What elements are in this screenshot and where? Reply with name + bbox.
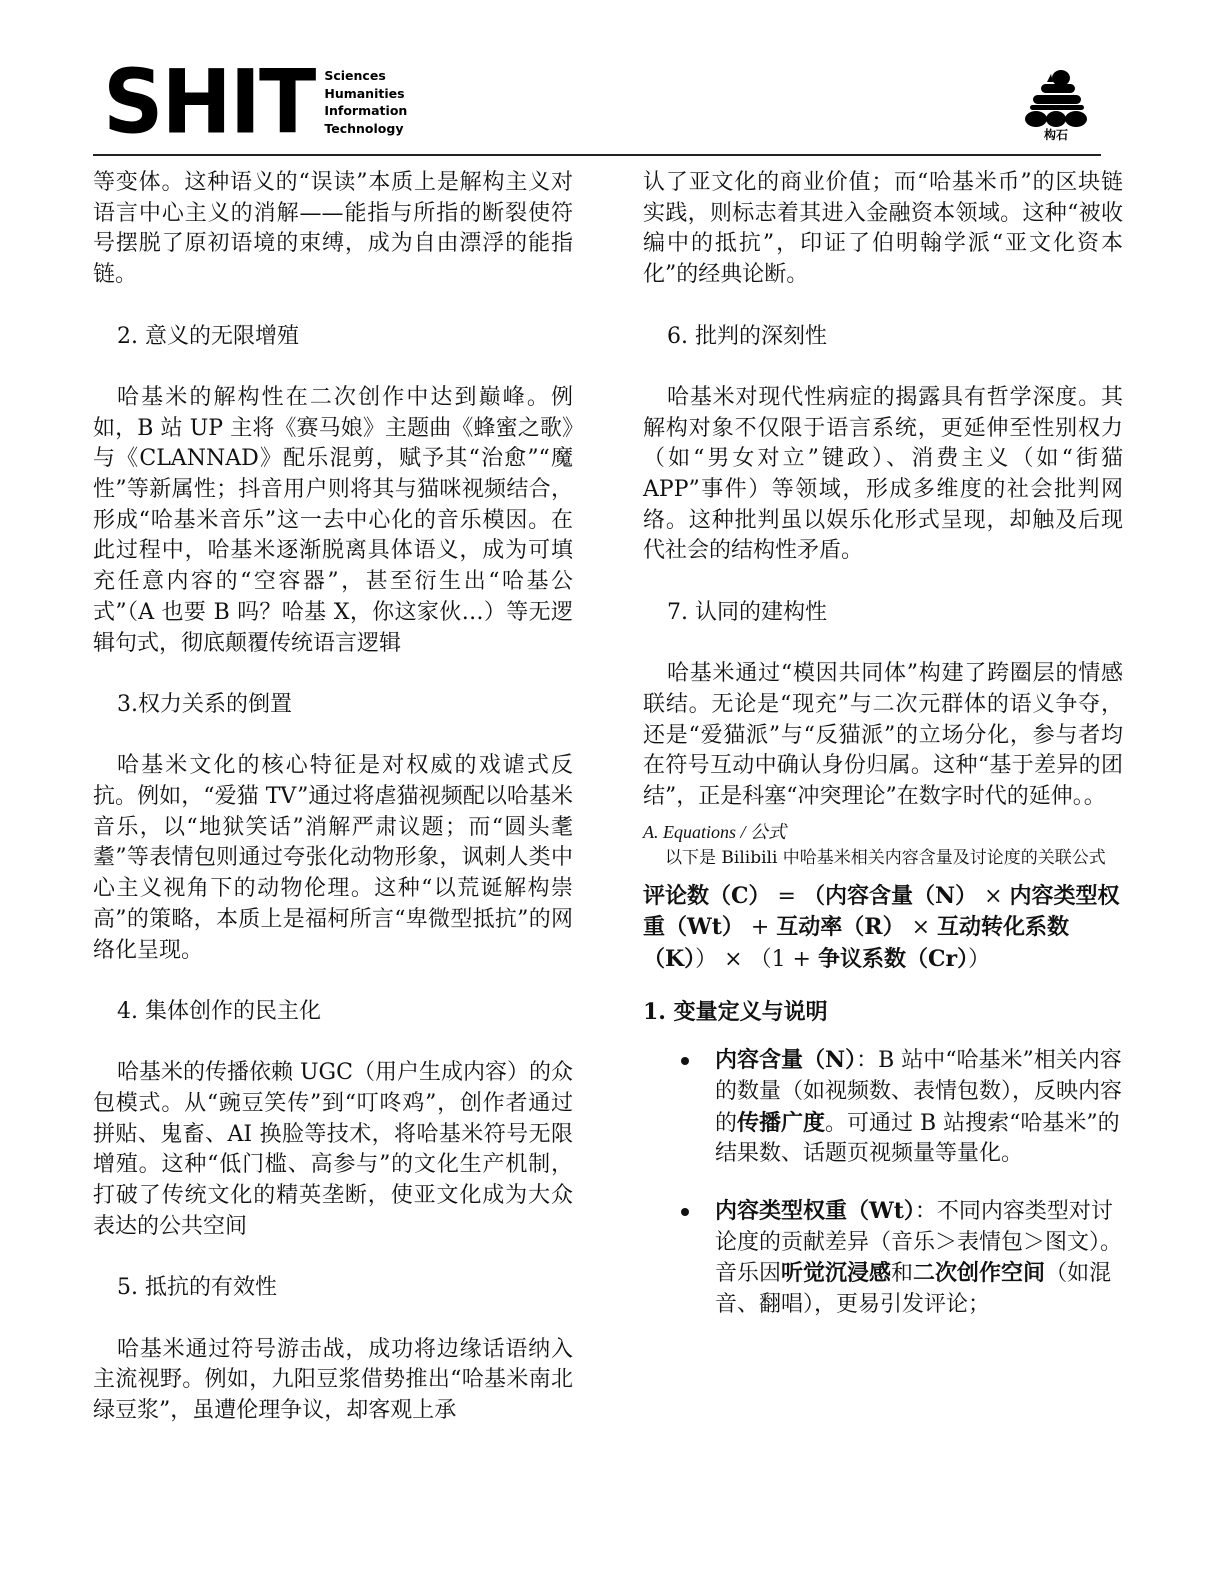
formula-equals: = [771,884,803,909]
formula-plus: + [744,915,776,940]
variable-term: 内容含量（N） [715,1047,856,1073]
logo-subtitle: Sciences Humanities Information Technolo… [324,67,407,137]
equations-intro: 以下是 Bilibili 中哈基米相关内容含量及讨论度的关联公式 [643,845,1123,871]
section-heading-7: 7. 认同的建构性 [643,598,1123,629]
variable-emphasis: 传播广度 [737,1110,825,1136]
right-column: 认了亚文化的商业价值；而“哈基米币”的区块链实践，则标志着其进入金融资本领域。这… [643,168,1123,1347]
paragraph-section-3: 哈基米文化的核心特征是对权威的戏谑式反抗。例如，“爱猫 TV”通过将虐猫视频配以… [93,751,573,966]
paragraph-section-2: 哈基米的解构性在二次创作中达到巅峰。例如，B 站 UP 主将《赛马娘》主题曲《蜂… [93,383,573,659]
logo-line-information: Information [324,102,407,120]
formula-lhs: 评论数（C） [643,883,771,909]
formula-times: × [905,915,937,940]
formula-term-n: 内容含量（N） [825,883,977,909]
variables-heading: 1. 变量定义与说明 [643,997,1123,1027]
logo-line-technology: Technology [324,120,407,138]
paragraph-section-4: 哈基米的传播依赖 UGC（用户生成内容）的众包模式。从“豌豆笑传”到“叮咚鸡”，… [93,1058,573,1242]
section-heading-5: 5. 抵抗的有效性 [93,1273,573,1304]
logo-wordmark: SHIT [103,58,314,146]
variable-emphasis: 二次创作空间 [913,1260,1045,1286]
emblem-label: 构石 [1019,126,1093,143]
paragraph-continuation-right: 认了亚文化的商业价值；而“哈基米币”的区块链实践，则标志着其进入金融资本领域。这… [643,168,1123,291]
left-column: 等变体。这种语义的“误读”本质上是解构主义对语言中心主义的消解——能指与所指的断… [93,168,573,1427]
comment-count-formula: 评论数（C） = （内容含量（N） × 内容类型权重（Wt） + 互动率（R） … [643,881,1123,976]
formula-close-paren: ） [968,947,990,972]
paragraph-section-5: 哈基米通过符号游击战，成功将边缘话语纳入主流视野。例如，九阳豆浆借势推出“哈基米… [93,1335,573,1427]
formula-close-paren: ） [695,947,717,972]
formula-times: × [977,884,1009,909]
journal-logo: SHIT Sciences Humanities Information Tec… [103,60,407,144]
list-item: 内容含量（N）：B 站中“哈基米”相关内容的数量（如视频数、表情包数），反映内容… [643,1045,1123,1170]
formula-term-cr: 争议系数（Cr） [818,946,968,972]
variable-text: 和 [891,1261,913,1286]
paragraph-continuation: 等变体。这种语义的“误读”本质上是解构主义对语言中心主义的消解——能指与所指的断… [93,168,573,291]
variable-list: 内容含量（N）：B 站中“哈基米”相关内容的数量（如视频数、表情包数），反映内容… [643,1045,1123,1321]
formula-times: × [717,947,749,972]
stone-pile-emblem: 构石 [1019,68,1093,148]
list-item: 内容类型权重（Wt）：不同内容类型对讨论度的贡献差异（音乐＞表情包＞图文）。音乐… [643,1196,1123,1321]
formula-one-plus: （1 + [750,947,818,972]
paragraph-section-7: 哈基米通过“模因共同体”构建了跨圈层的情感联结。无论是“现充”与二次元群体的语义… [643,659,1123,813]
section-heading-2: 2. 意义的无限增殖 [93,322,573,353]
page-header: SHIT Sciences Humanities Information Tec… [93,60,1103,155]
section-heading-4: 4. 集体创作的民主化 [93,997,573,1028]
section-heading-6: 6. 批判的深刻性 [643,322,1123,353]
variable-term: 内容类型权重（Wt） [715,1198,915,1224]
equations-heading: A. Equations / 公式 [643,819,1123,845]
header-rule [93,154,1101,156]
paragraph-section-6: 哈基米对现代性病症的揭露具有哲学深度。其解构对象不仅限于语言系统，更延伸至性别权… [643,383,1123,567]
formula-term-r: 互动率（R） [776,914,904,940]
formula-open-paren: （ [803,883,825,909]
variable-emphasis: 听觉沉浸感 [781,1260,891,1286]
logo-line-sciences: Sciences [324,67,407,85]
section-heading-3: 3.权力关系的倒置 [93,690,573,721]
logo-line-humanities: Humanities [324,85,407,103]
stone-pile-icon [1023,68,1089,128]
